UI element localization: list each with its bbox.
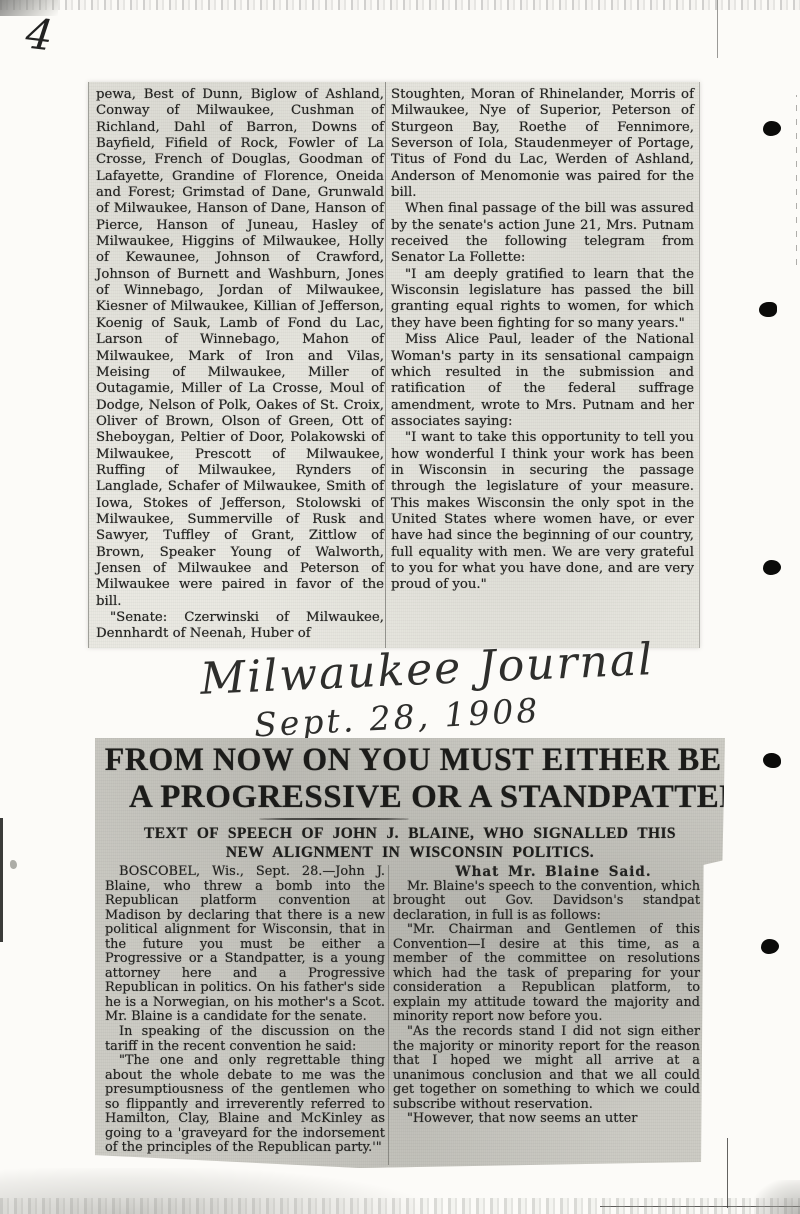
paragraph: Mr. Blaine's speech to the convention, w… [393,880,700,924]
top-newspaper-clipping: pewa, Best of Dunn, Biglow of Ashland, C… [88,82,700,648]
paragraph: "I am deeply gratified to learn that the… [391,267,694,332]
ink-dot [761,939,779,954]
paragraph: Stoughten, Moran of Rhinelander, Morris … [391,87,694,201]
scan-edge-strip-left [0,818,3,942]
column-divider-rule [388,865,389,1165]
paragraph: BOSCOBEL, Wis., Sept. 28.—John J. Blaine… [105,865,385,1025]
paragraph: "However, that now seems an utter [393,1112,700,1127]
section-heading: What Mr. Blaine Said. [393,865,700,880]
paragraph: Miss Alice Paul, leader of the National … [391,332,694,430]
ink-dot [763,560,781,575]
column-divider-rule [385,82,386,648]
ink-dot [763,121,781,136]
article-subhead: TEXT OF SPEECH OF JOHN J. BLAINE, WHO SI… [95,824,725,862]
paragraph: "Senate: Czerwinski of Milwaukee, Dennha… [96,610,384,643]
top-clipping-right-column: Stoughten, Moran of Rhinelander, Morris … [391,87,694,594]
scan-smudge-bottom-left [0,1168,420,1214]
scan-edge-noise-top [0,0,800,10]
headline-line-1: FROM NOW ON YOU MUST EITHER BE [95,742,706,779]
paragraph: "Mr. Chairman and Gentlemen of this Conv… [393,923,700,1025]
subhead-line-2: NEW ALIGNMENT IN WISCONSIN POLITICS. [226,844,594,861]
paragraph: "I want to take this opportunity to tell… [391,430,694,593]
paragraph: pewa, Best of Dunn, Biglow of Ashland, C… [96,87,384,610]
bottom-newspaper-clipping: FROM NOW ON YOU MUST EITHER BE A PROGRES… [95,738,725,1168]
paper-edge-marks [796,95,797,265]
fold-line [717,0,718,58]
headline-rule [259,818,409,820]
bottom-clipping-right-column: What Mr. Blaine Said. Mr. Blaine's speec… [393,865,700,1127]
small-smudge-mark [10,860,17,869]
top-clipping-left-column: pewa, Best of Dunn, Biglow of Ashland, C… [96,87,384,643]
paragraph: "The one and only regrettable thing abou… [105,1054,385,1156]
paragraph: When final passage of the bill was assur… [391,201,694,266]
article-headline: FROM NOW ON YOU MUST EITHER BE A PROGRES… [95,742,725,816]
ink-dot [759,302,777,317]
paragraph: In speaking of the discussion on the tar… [105,1025,385,1054]
scan-smudge-bottom-right [754,1180,800,1214]
headline-line-2: A PROGRESSIVE OR A STANDPATTER [95,779,725,816]
ink-dot [763,753,781,768]
subhead-line-1: TEXT OF SPEECH OF JOHN J. BLAINE, WHO SI… [144,825,676,842]
paragraph: "As the records stand I did not sign eit… [393,1025,700,1112]
handwritten-page-number: 4 [23,9,56,61]
bottom-clipping-left-column: BOSCOBEL, Wis., Sept. 28.—John J. Blaine… [105,865,385,1156]
scanned-page: { "page": { "page_number": "4", "handwri… [0,0,800,1214]
